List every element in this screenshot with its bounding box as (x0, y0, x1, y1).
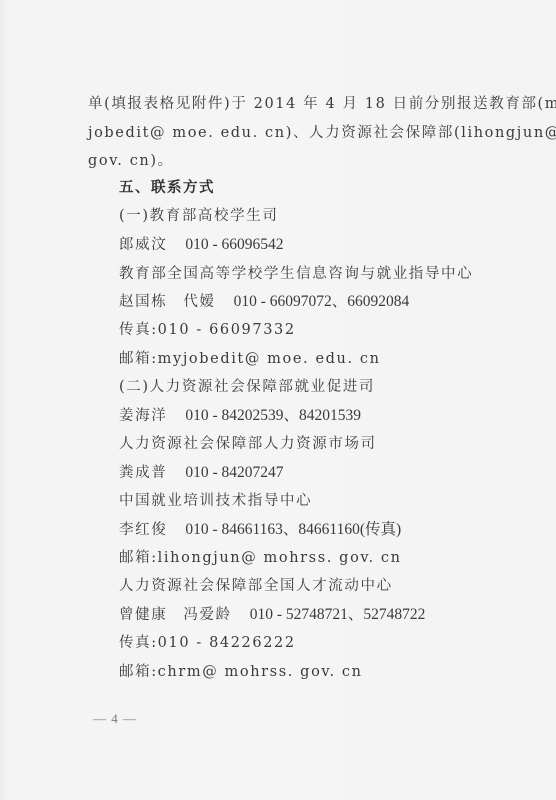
contact-phone: 010 - 84202539、84201539 (185, 407, 361, 424)
contact-fax: 传真:010 - 66097332 (119, 320, 296, 340)
contact-email: 邮箱:chrm@ mohrss. gov. cn (119, 662, 363, 682)
contact-phone: 010 - 66097072、66092084 (234, 293, 410, 310)
page-number: — 4 — (93, 711, 137, 727)
contact-org-mohrss-employment: (二)人力资源社会保障部就业促进司 (119, 377, 375, 397)
contact-names: 粪成普 (119, 465, 167, 481)
contact-fax: 传真:010 - 84226222 (119, 633, 296, 653)
contact-names: 李红俊 (119, 522, 167, 538)
contact-org-moe-students: (一)教育部高校学生司 (119, 206, 278, 226)
contact-org-mohrss-hr-market: 人力资源社会保障部人力资源市场司 (119, 434, 377, 454)
contact-names: 赵国栋 代嫒 (119, 294, 216, 310)
contact-line: 姜海洋010 - 84202539、84201539 (119, 406, 361, 426)
contact-names: 曾健康 冯爱龄 (119, 607, 232, 623)
contact-org-moe-info-center: 教育部全国高等学校学生信息咨询与就业指导中心 (119, 264, 473, 284)
contact-phone: 010 - 66096542 (185, 236, 283, 253)
section-heading-contact: 五、联系方式 (119, 178, 215, 198)
contact-phone: 010 - 84207247 (185, 464, 283, 481)
contact-phone: 010 - 84661163、84661160(传真) (185, 521, 401, 538)
contact-org-talent-exchange: 人力资源社会保障部全国人才流动中心 (119, 576, 393, 596)
document-page: 单(填报表格见附件)于 2014 年 4 月 18 日前分别报送教育部(my- … (0, 0, 556, 800)
paragraph-line-2: jobedit@ moe. edu. cn)、人力资源社会保障部(lihongj… (88, 123, 556, 143)
contact-phone: 010 - 52748721、52748722 (250, 606, 426, 623)
paragraph-line-1: 单(填报表格见附件)于 2014 年 4 月 18 日前分别报送教育部(my- (88, 94, 556, 114)
contact-names: 姜海洋 (119, 408, 167, 424)
contact-line: 郎威汶010 - 66096542 (119, 235, 283, 255)
contact-email: 邮箱:lihongjun@ mohrss. gov. cn (119, 548, 402, 568)
contact-org-training-center: 中国就业培训技术指导中心 (119, 491, 312, 511)
contact-line: 粪成普010 - 84207247 (119, 463, 283, 483)
contact-line: 李红俊010 - 84661163、84661160(传真) (119, 520, 401, 540)
contact-names: 郎威汶 (119, 237, 167, 253)
contact-line: 赵国栋 代嫒010 - 66097072、66092084 (119, 292, 409, 312)
contact-line: 曾健康 冯爱龄010 - 52748721、52748722 (119, 605, 425, 625)
contact-email: 邮箱:myjobedit@ moe. edu. cn (119, 349, 381, 369)
paragraph-line-3: gov. cn)。 (88, 151, 174, 171)
